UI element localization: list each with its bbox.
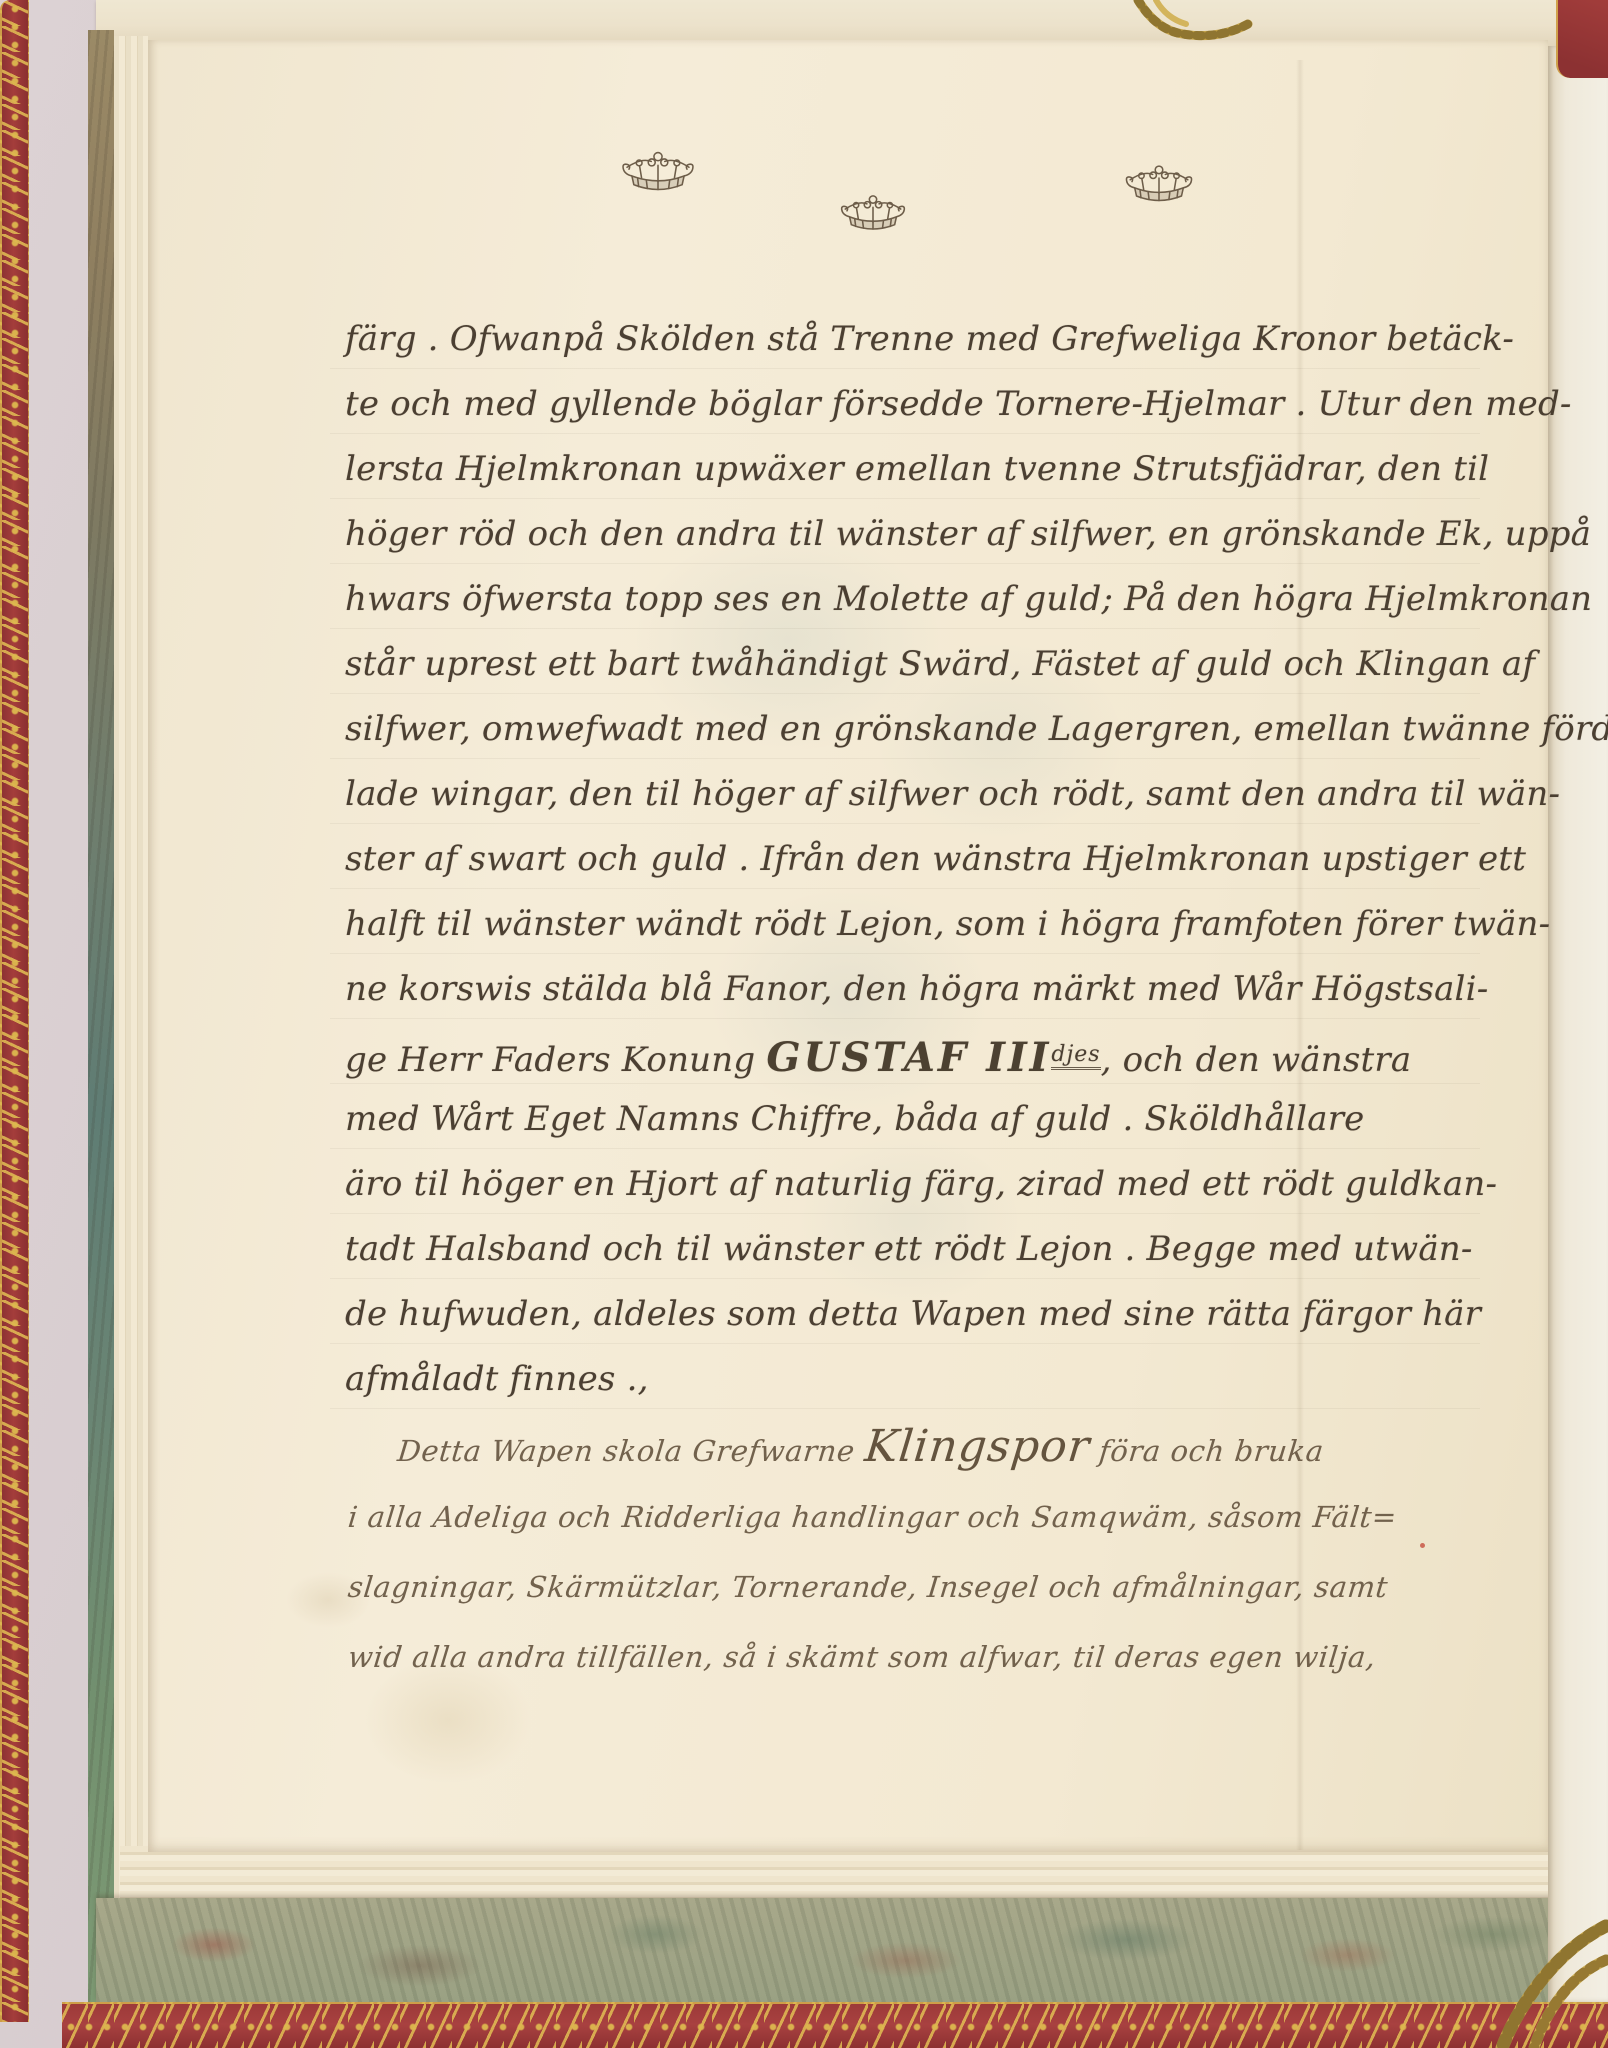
comital-coronet-icon <box>1118 160 1200 214</box>
comital-coronet-icon <box>834 190 912 242</box>
manuscript-line: halft til wänster wändt rödt Lejon, som … <box>345 892 1485 957</box>
royal-ordinal-superscript: djes <box>1051 1042 1100 1070</box>
manuscript-line: står uprest ett bart twåhändigt Swärd, F… <box>345 632 1485 697</box>
grant-line: slagningar, Skärmützlar, Tornerande, Ins… <box>345 1557 1501 1617</box>
manuscript-line: lade wingar, den til höger af silfwer oc… <box>345 762 1485 827</box>
manuscript-line: ne korswis stälda blå Fanor, den högra m… <box>345 957 1485 1022</box>
manuscript-line: höger röd och den andra til wänster af s… <box>345 502 1485 567</box>
marbled-paper-left <box>88 30 114 2002</box>
manuscript-line: med Wårt Eget Namns Chiffre, båda af gul… <box>345 1087 1485 1152</box>
grant-line: wid alla andra tillfällen, så i skämt so… <box>345 1627 1501 1687</box>
manuscript-line-royal: ge Herr Faders Konung GUSTAF IIIdjes, oc… <box>345 1022 1485 1087</box>
manuscript-line: silfwer, omwefwadt med en grönskande Lag… <box>345 697 1485 762</box>
grant-family-name: Klingspor <box>862 1421 1092 1472</box>
grant-line: i alla Adeliga och Ridderliga handlingar… <box>345 1487 1501 1547</box>
binding-cord-bottom-right <box>1478 1916 1608 2048</box>
royal-line-post: , och den wänstra <box>1101 1040 1412 1080</box>
manuscript-line: de hufwuden, aldeles som detta Wapen med… <box>345 1282 1485 1347</box>
cover-top-right-corner <box>1556 0 1608 78</box>
manuscript-line: äro til höger en Hjort af naturlig färg,… <box>345 1152 1485 1217</box>
manuscript-line: tadt Halsband och til wänster ett rödt L… <box>345 1217 1485 1282</box>
manuscript-line: afmåladt finnes ., <box>345 1347 1485 1412</box>
marbled-paper-bottom <box>96 1898 1568 2002</box>
manuscript-line: ster af swart och guld . Ifrån den wänst… <box>345 827 1485 892</box>
page-edges-bottom <box>120 1846 1550 1902</box>
page-edges-left <box>114 36 148 1916</box>
manuscript-line: hwars öfwersta topp ses en Molette af gu… <box>345 567 1485 632</box>
binding-cord-top <box>1128 0 1258 70</box>
royal-line-pre: ge Herr Faders Konung <box>345 1040 766 1080</box>
manuscript-line: färg . Ofwanpå Skölden stå Trenne med Gr… <box>345 307 1485 372</box>
fore-edge-pages <box>1548 46 1608 2002</box>
cover-bottom-gilt-border <box>62 2002 1608 2048</box>
royal-name: GUSTAF III <box>766 1034 1051 1081</box>
grant-line1-pre: Detta Wapen skola Grefwarne <box>396 1434 866 1468</box>
grant-line1-post: föra och bruka <box>1088 1434 1326 1468</box>
manuscript-line: te och med gyllende böglar försedde Torn… <box>345 372 1485 437</box>
manuscript-line: lersta Hjelmkronan upwäxer emellan tvenn… <box>345 437 1485 502</box>
cover-left-gilt-border <box>0 0 29 2022</box>
comital-coronet-icon <box>614 146 702 204</box>
grant-line: Detta Wapen skola Grefwarne Klingspor fö… <box>395 1417 1551 1477</box>
